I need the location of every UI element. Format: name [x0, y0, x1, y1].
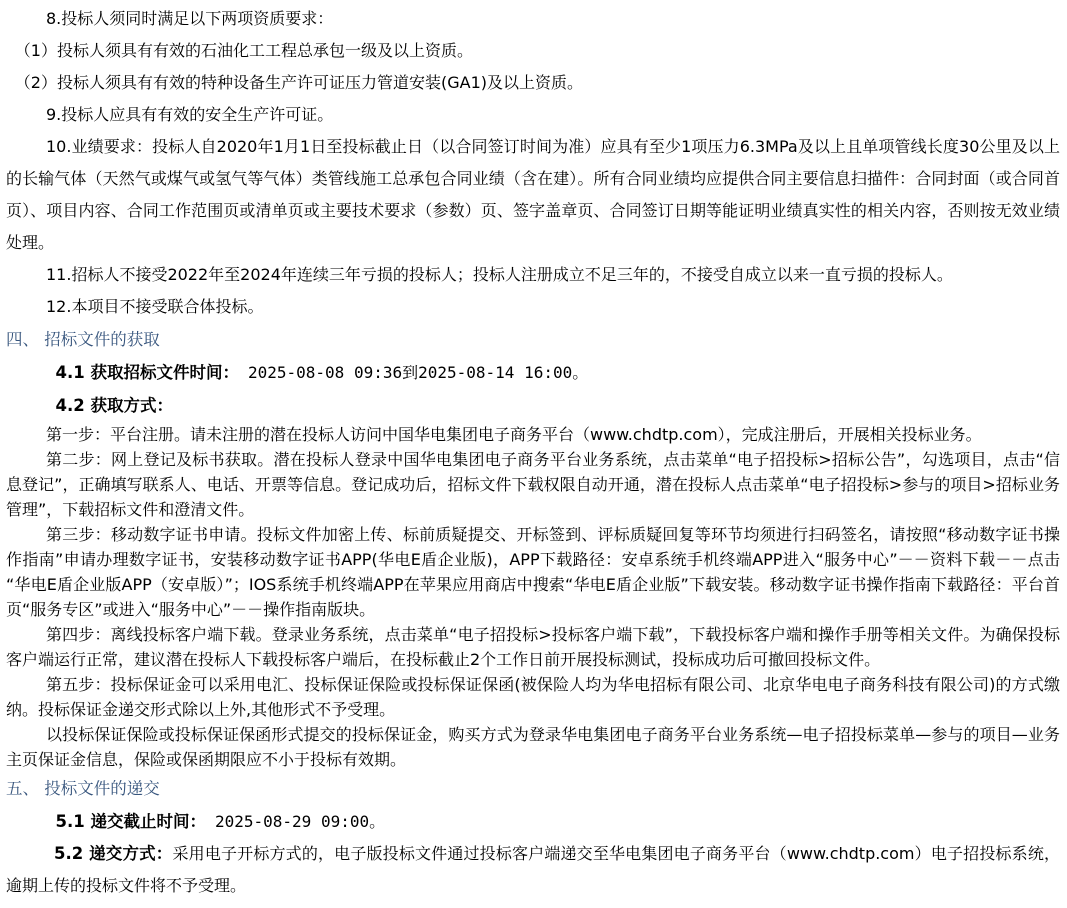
section-4-heading: 四、 招标文件的获取	[6, 323, 1060, 356]
step-4-offline-client: 第四步：离线投标客户端下载。登录业务系统，点击菜单“电子招投标>投标客户端下载”…	[6, 622, 1060, 672]
deadline-value: 2025-08-29 09:00。	[206, 812, 385, 831]
paragraph-item-10-performance: 10.业绩要求：投标人自2020年1月1日至投标截止日（以合同签订时间为准）应具…	[6, 131, 1060, 259]
paragraph-item-11: 11.招标人不接受2022年至2024年连续三年亏损的投标人；投标人注册成立不足…	[6, 259, 1060, 291]
tender-notice-document: 8.投标人须同时满足以下两项资质要求： （1）投标人须具有有效的石油化工工程总承…	[0, 0, 1067, 908]
paragraph-item-8: 8.投标人须同时满足以下两项资质要求：	[6, 3, 1060, 35]
step-5-bid-bond: 第五步：投标保证金可以采用电汇、投标保证保险或投标保证保函(被保险人均为华电招标…	[6, 672, 1060, 722]
step-1-registration: 第一步：平台注册。请未注册的潜在投标人访问中国华电集团电子商务平台（www.ch…	[6, 422, 1060, 447]
section-4-2-method-row: 4.2 获取方式：	[6, 389, 1060, 422]
bid-bond-insurance-note: 以投标保证保险或投标保证保函形式提交的投标保证金，购买方式为登录华电集团电子商务…	[6, 722, 1060, 772]
step-2-online-registration: 第二步：网上登记及标书获取。潜在投标人登录中国华电集团电子商务平台业务系统，点击…	[6, 447, 1060, 522]
method-label: 4.2 获取方式：	[56, 396, 173, 415]
acquisition-steps: 第一步：平台注册。请未注册的潜在投标人访问中国华电集团电子商务平台（www.ch…	[6, 422, 1060, 772]
paragraph-item-8-sub-2: （2）投标人须具有有效的特种设备生产许可证压力管道安装(GA1)及以上资质。	[6, 67, 1060, 99]
paragraph-item-9: 9.投标人应具有有效的安全生产许可证。	[6, 99, 1060, 131]
paragraph-item-12: 12.本项目不接受联合体投标。	[6, 291, 1060, 323]
section-4-1-time-row: 4.1 获取招标文件时间：2025-08-08 09:36到2025-08-14…	[6, 356, 1060, 389]
paragraph-item-8-sub-1: （1）投标人须具有有效的石油化工工程总承包一级及以上资质。	[6, 35, 1060, 67]
time-label: 4.1 获取招标文件时间：	[56, 363, 239, 382]
submission-method-label: 5.2 递交方式：	[54, 844, 172, 863]
time-value: 2025-08-08 09:36到2025-08-14 16:00。	[239, 363, 588, 382]
deadline-label: 5.1 递交截止时间：	[56, 812, 206, 831]
section-5-heading: 五、 投标文件的递交	[6, 772, 1060, 805]
section-5-2-method-row: 5.2 递交方式：采用电子开标方式的，电子版投标文件通过投标客户端递交至华电集团…	[6, 838, 1060, 902]
step-3-digital-certificate: 第三步：移动数字证书申请。投标文件加密上传、标前质疑提交、开标签到、评标质疑回复…	[6, 522, 1060, 622]
section-5-1-deadline-row: 5.1 递交截止时间：2025-08-29 09:00。	[6, 805, 1060, 838]
